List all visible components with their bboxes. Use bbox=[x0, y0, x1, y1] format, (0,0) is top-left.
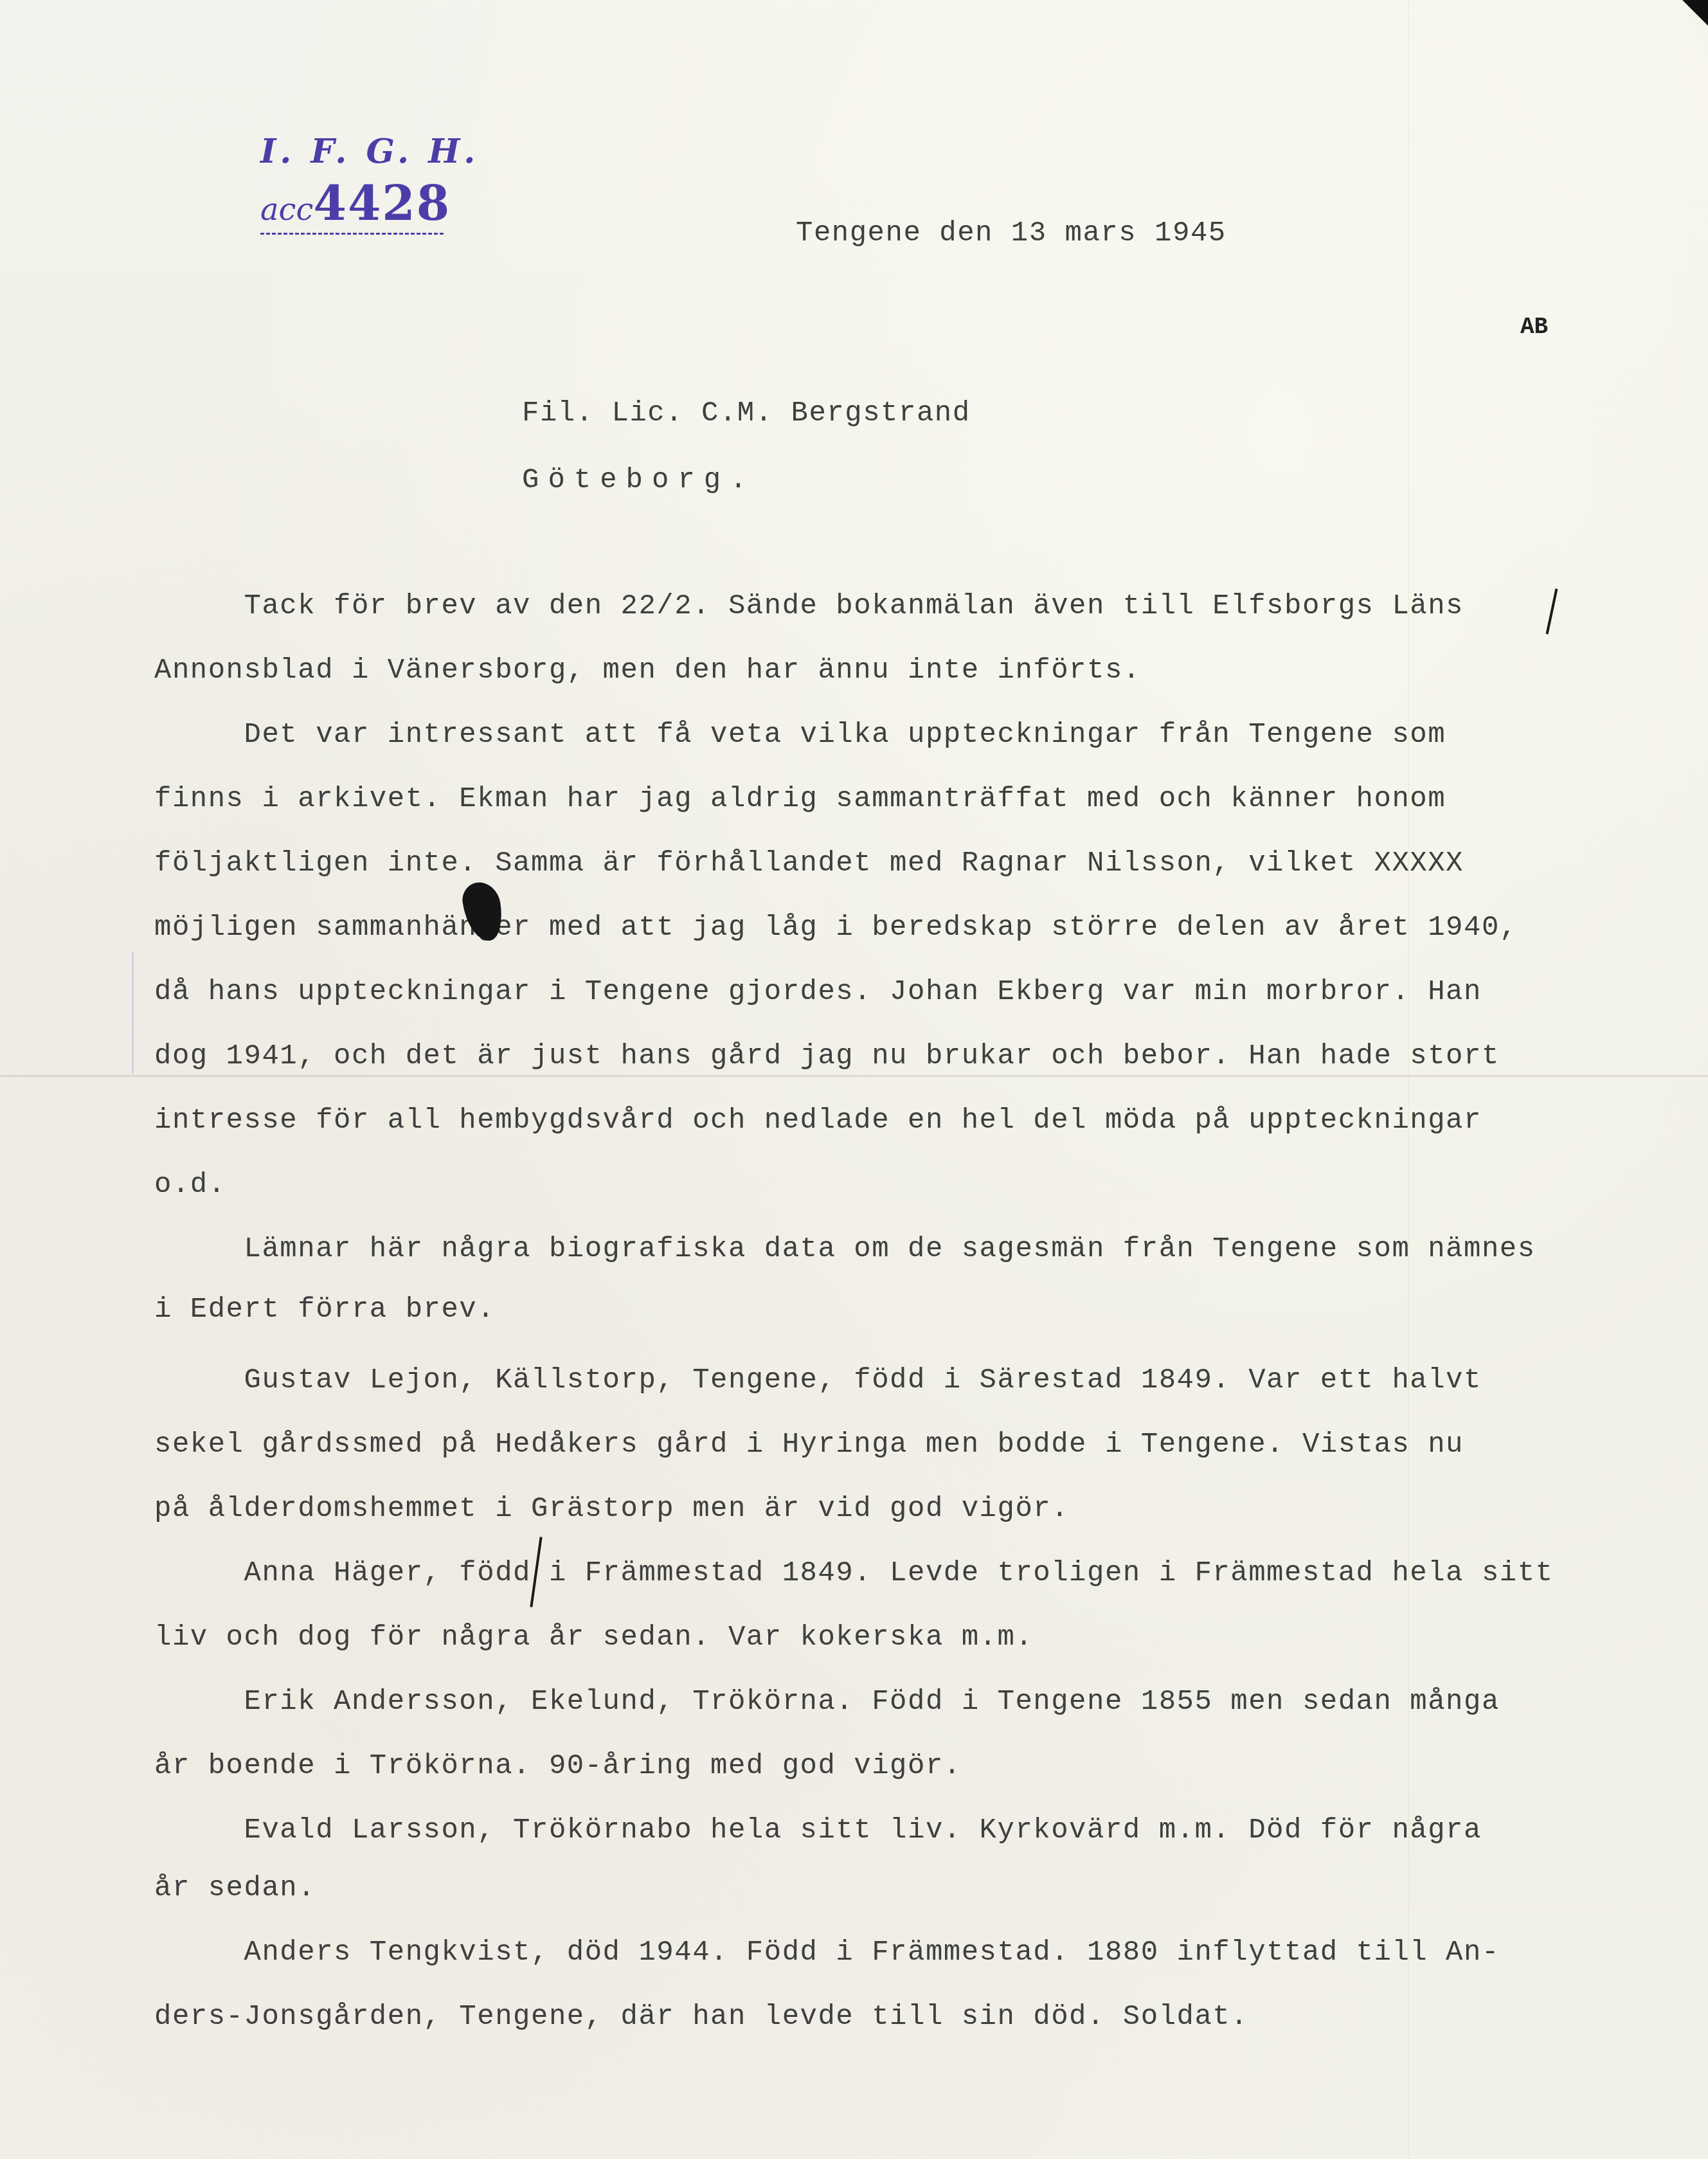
letter-line: då hans uppteckningar i Tengene gjordes.… bbox=[154, 976, 1482, 1008]
letter-line: Gustav Lejon, Källstorp, Tengene, född i… bbox=[154, 1364, 1482, 1396]
archive-stamp: I. F. G. H. acc4428 bbox=[260, 132, 479, 235]
paper-fold-horizontal bbox=[0, 1075, 1708, 1077]
letter-line: Erik Andersson, Ekelund, Trökörna. Född … bbox=[154, 1686, 1500, 1718]
letter-line: Anders Tengkvist, död 1944. Född i Främm… bbox=[154, 1937, 1500, 1969]
letter-line: liv och dog för några år sedan. Var koke… bbox=[154, 1622, 1033, 1654]
letter-line: år sedan. bbox=[154, 1872, 316, 1904]
letter-line: följaktligen inte. Samma är förhållandet… bbox=[154, 847, 1464, 880]
margin-mark: AB bbox=[1520, 314, 1548, 340]
letter-line: sekel gårdssmed på Hedåkers gård i Hyrin… bbox=[154, 1429, 1464, 1461]
letter-line: Evald Larsson, Trökörnabo hela sitt liv.… bbox=[154, 1814, 1482, 1847]
letter-line: finns i arkivet. Ekman har jag aldrig sa… bbox=[154, 783, 1446, 815]
letter-line: Anna Häger, född i Främmestad 1849. Levd… bbox=[154, 1557, 1554, 1589]
place-and-date: Tengene den 13 mars 1945 bbox=[796, 217, 1227, 249]
letter-line: dog 1941, och det är just hans gård jag … bbox=[154, 1040, 1500, 1072]
letter-line: o.d. bbox=[154, 1169, 226, 1201]
recipient-city: Göteborg. bbox=[522, 464, 756, 496]
accession-prefix: acc bbox=[260, 192, 313, 228]
letter-line: Tack för brev av den 22/2. Sände bokanmä… bbox=[154, 590, 1464, 622]
letter-line: år boende i Trökörna. 90-åring med god v… bbox=[154, 1750, 962, 1782]
letter-line: Det var intressant att få veta vilka upp… bbox=[154, 719, 1446, 751]
letter-line: i Edert förra brev. bbox=[154, 1294, 495, 1326]
accession-number: acc4428 bbox=[260, 176, 444, 235]
recipient-name: Fil. Lic. C.M. Bergstrand bbox=[522, 397, 971, 429]
accession-number-value: 4428 bbox=[313, 176, 451, 231]
letter-line: på ålderdomshemmet i Grästorp men är vid… bbox=[154, 1493, 1069, 1525]
letter-line: Annonsblad i Vänersborg, men den har änn… bbox=[154, 655, 1141, 687]
margin-pencil-line bbox=[132, 952, 134, 1074]
letter-line: Lämnar här några biografiska data om de … bbox=[154, 1233, 1536, 1265]
letter-line: möjligen sammanhänger med att jag låg i … bbox=[154, 912, 1518, 944]
archive-stamp-initials: I. F. G. H. bbox=[260, 132, 479, 171]
page-corner-tab bbox=[1682, 0, 1708, 26]
letter-line: intresse för all hembygdsvård och nedlad… bbox=[154, 1105, 1482, 1137]
letter-line: ders-Jonsgården, Tengene, där han levde … bbox=[154, 2001, 1248, 2033]
